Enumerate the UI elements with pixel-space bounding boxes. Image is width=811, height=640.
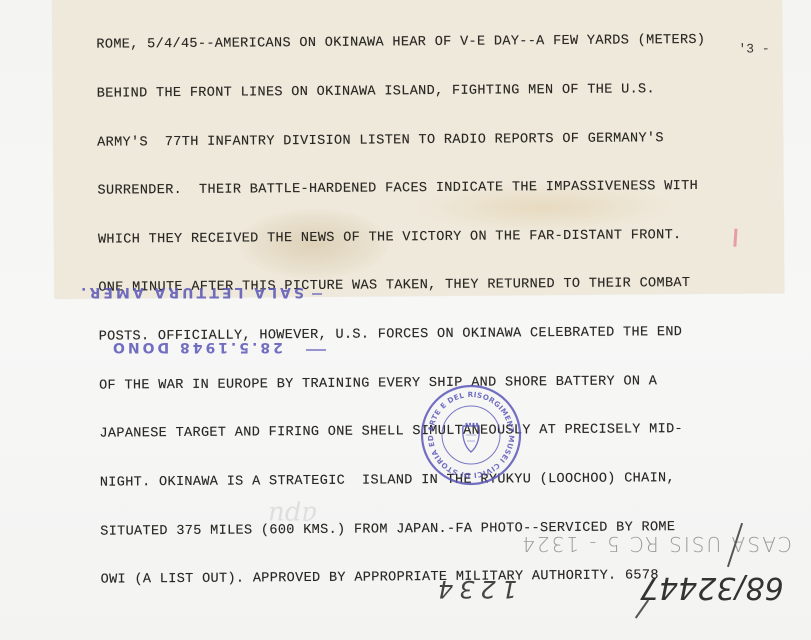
typewritten-caption: ROME, 5/4/45--AMERICANS ON OKINAWA HEAR …: [96, 1, 710, 621]
handwritten-inventory-number: 68/32447: [640, 570, 784, 605]
caption-line: NIGHT. OKINAWA IS A STRATEGIC ISLAND IN …: [100, 471, 709, 492]
caption-line: ARMY'S 77TH INFANTRY DIVISION LISTEN TO …: [97, 130, 706, 151]
caption-line: SURRENDER. THEIR BATTLE-HARDENED FACES I…: [97, 179, 706, 200]
pink-pencil-mark: [733, 229, 737, 247]
museum-seal-stamp: MUSEI CIVICI DI STORIA ED ARTE E DEL RIS…: [420, 384, 522, 486]
caption-paper: ROME, 5/4/45--AMERICANS ON OKINAWA HEAR …: [52, 0, 784, 299]
caption-line: OWI (A LIST OUT). APPROVED BY APPROPRIAT…: [101, 568, 710, 589]
caption-line: OF THE WAR IN EUROPE BY TRAINING EVERY S…: [99, 374, 708, 395]
donation-date-stamp: 28.5.1948 DONO: [110, 339, 283, 355]
library-stamp: SALA LETTURA AMER.: [78, 284, 304, 300]
caption-line: JAPANESE TARGET AND FIRING ONE SHELL SIM…: [99, 422, 708, 443]
handwritten-reference: CASA USIS RC 5 - 1324: [520, 532, 792, 556]
caption-line: WHICH THEY RECEIVED THE NEWS OF THE VICT…: [98, 228, 707, 249]
caption-line: ROME, 5/4/45--AMERICANS ON OKINAWA HEAR …: [96, 33, 705, 54]
dash-mark: [306, 349, 326, 351]
faint-pencil-mark: apu: [268, 500, 317, 530]
page-mark: '3 -: [738, 41, 769, 56]
dash-mark: [312, 293, 322, 295]
svg-text:MUSEI CIVICI DI STORIA ED ARTE: MUSEI CIVICI DI STORIA ED ARTE E DEL RIS…: [426, 390, 522, 486]
caption-line: BEHIND THE FRONT LINES ON OKINAWA ISLAND…: [97, 82, 706, 103]
handwritten-number: 1234: [432, 575, 517, 603]
